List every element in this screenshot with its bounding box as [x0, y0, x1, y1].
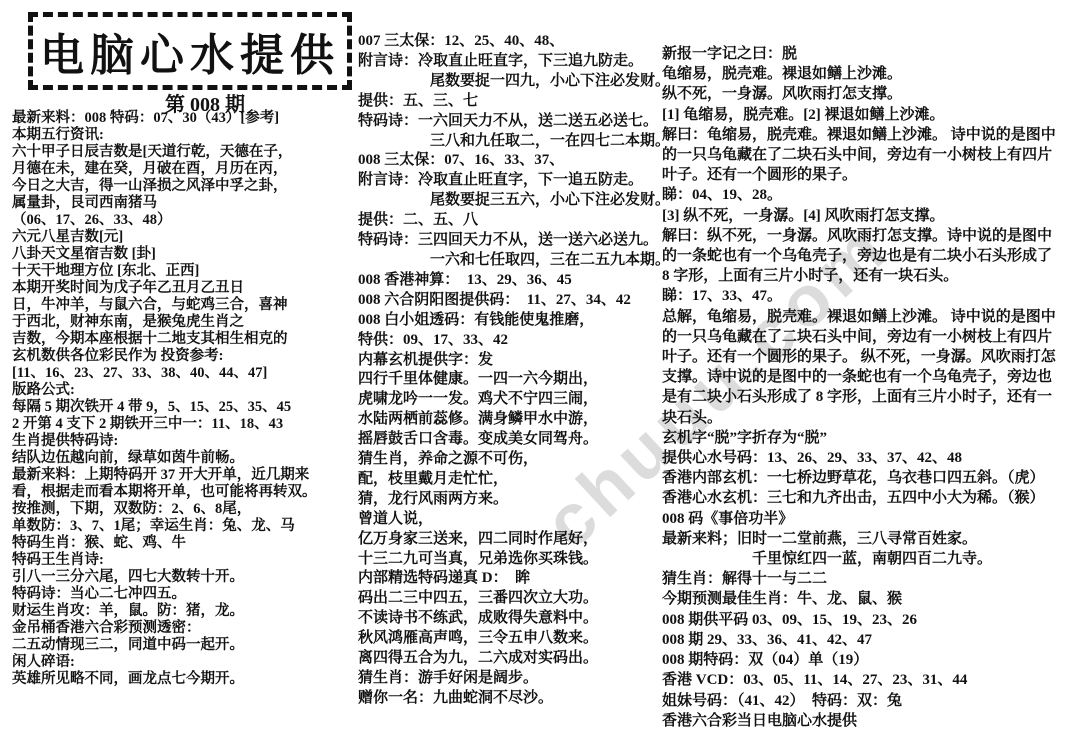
text-line: 的一条蛇也有一个乌龟壳子，旁边也是有二块小石头形成了: [662, 246, 1076, 266]
text-line: [3] 纵不死，一身潺。[4] 风吹雨打怎支撑。: [662, 206, 1076, 226]
text-line: 每隔 5 期次铁开 4 带 9，5、15、25、35、45: [12, 399, 352, 416]
text-line: 解曰：纵不死，一身潺。风吹雨打怎支撑。诗中说的是图中: [662, 226, 1076, 246]
text-line: 英雄所见略不同，画龙点七今期开。: [12, 671, 352, 688]
text-line: 特码诗：一六回天力不从，送二送五必送七。: [358, 112, 658, 132]
text-line: 叶子。还有一个圆形的果子。 纵不死，一身潺。风吹雨打怎: [662, 347, 1076, 367]
text-line: 虎啸龙吟一一发。鸡犬不宁四三闹，: [358, 390, 658, 410]
title-box: 电脑心水提供: [28, 12, 352, 90]
text-line: 香港内部玄机：一七桥边野草花，乌衣巷口四五斜。（虎）: [662, 468, 1076, 488]
text-line: 香港六合彩当日电脑心水提供: [662, 711, 1076, 731]
text-line: 最新来料：008 特码：07、30（43）[参考]: [12, 110, 352, 127]
page: { "header": { "title": "电脑心水提供", "issue"…: [0, 0, 1080, 744]
text-line: 八卦天文星宿吉数 [卦]: [12, 246, 352, 263]
text-line: 是有二块小石头形成了 8 字形，上面有三片小时子，还有一: [662, 387, 1076, 407]
text-line: 金吊桶香港六合彩预测透密：: [12, 620, 352, 637]
text-line: 不读诗书不练武，成败得失意料中。: [358, 609, 658, 629]
text-line: 特供：09、17、33、42: [358, 331, 658, 351]
text-line: 附言诗：冷取直止旺直字，下一追五防走。: [358, 171, 658, 191]
text-line: 姐妹号码：（41、42） 特码：双：兔: [662, 691, 1076, 711]
text-line: 猜生肖：游手好闲是阔步。: [358, 669, 658, 689]
text-line: 的一只乌龟藏在了二块石头中间，旁边有一小树枝上有四片: [662, 327, 1076, 347]
text-line: 亿万身家三送来，四二同时作尾好，: [358, 530, 658, 550]
text-line: 单数防：3、7、1尾；幸运生肖：兔、龙、马: [12, 518, 352, 535]
text-line: 支撑。诗中说的是图中的一条蛇也有一个乌龟壳子，旁边也: [662, 367, 1076, 387]
text-line: 版路公式:: [12, 382, 352, 399]
text-line: 特码生肖：猴、蛇、鸡、牛: [12, 535, 352, 552]
text-line: 配，枝里戴月走忙忙，: [358, 470, 658, 490]
text-line: （06、17、26、33、48）: [12, 212, 352, 229]
text-line: 十天干地理方位 [东北、正西]: [12, 263, 352, 280]
text-line: 提供：五、三、七: [358, 92, 658, 112]
text-line: 新报一字记之曰：脱: [662, 44, 1076, 64]
page-title: 电脑心水提供: [40, 19, 340, 83]
text-line: 今日之大吉，得一山泽损之风泽中孚之卦，: [12, 178, 352, 195]
text-line: 008 白小姐透码：有钱能使鬼推磨，: [358, 311, 658, 331]
text-line: 008 码《事倍功半》: [662, 509, 1076, 529]
text-line: 特码诗：三四回天力不从，送一送六必送九。: [358, 231, 658, 251]
text-line: 008 期特码：双（04）单（19）: [662, 650, 1076, 670]
lottery-tip-sheet: chuuu.com 电脑心水提供 第 008 期 最新来料：008 特码：07、…: [0, 0, 1080, 744]
text-line: 附言诗：冷取直止旺直字，下三追九防走。: [358, 52, 658, 72]
text-line: 香港 VCD：03、05、11、14、27、23、31、44: [662, 670, 1076, 690]
text-line: 尾数要捉一四九，小心下注必发财。: [358, 72, 658, 92]
text-line: 引八一三分六尾，四七大数转十开。: [12, 569, 352, 586]
text-line: 三八和九任取二，一在四七二本期。: [358, 132, 658, 152]
text-line: 属量卦，艮司西南猪马: [12, 195, 352, 212]
text-line: 摇唇鼓舌口含毒。变成美女同驾舟。: [358, 430, 658, 450]
text-line: 六十甲子日辰吉数是[天道行乾，天德在子，: [12, 144, 352, 161]
text-line: [11、16、23、27、33、38、40、44、47]: [12, 365, 352, 382]
text-line: 2 开第 4 支下 2 期铁开三中一：11、18、43: [12, 416, 352, 433]
text-line: 本期五行资讯:: [12, 127, 352, 144]
text-line: 008 六合阴阳图提供码： 11、27、34、42: [358, 291, 658, 311]
text-line: 于西北，财神东南，是猴兔虎生肖之: [12, 314, 352, 331]
text-line: 提供心水号码：13、26、29、33、37、42、48: [662, 448, 1076, 468]
text-line: 特码诗：当心二七冲四五。: [12, 586, 352, 603]
text-line: 尾数要捉三五六，小心下注必发财。: [358, 191, 658, 211]
text-line: 玄机字“脱”字折存为“脱”: [662, 428, 1076, 448]
text-line: 007 三太保：12、25、40、48、: [358, 32, 658, 52]
text-line: 最新来料；旧时一二堂前燕，三八寻常百姓家。: [662, 529, 1076, 549]
text-line: 曾道人说，: [358, 510, 658, 530]
text-line: 吉数，今期本座根据十二地支其相生相克的: [12, 331, 352, 348]
text-line: 二五动情现三二，同道中码一起开。: [12, 637, 352, 654]
text-line: 赠你一名：九曲蛇洞不尽沙。: [358, 689, 658, 709]
text-line: 水陆两栖前蕊修。满身鳞甲水中游，: [358, 410, 658, 430]
text-line: 纵不死，一身潺。风吹雨打怎支撑。: [662, 84, 1076, 104]
text-line: 秋风鸿雁高声鸣，三令五申八数来。: [358, 629, 658, 649]
text-line: 睇：04、19、28。: [662, 185, 1076, 205]
text-line: 本期开奖时间为戊子年乙丑月乙丑日: [12, 280, 352, 297]
text-line: 内幕玄机提供字：发: [358, 351, 658, 371]
text-line: 的一只乌龟藏在了二块石头中间，旁边有一小树枝上有四片: [662, 145, 1076, 165]
text-line: 月德在未，建在癸，月破在酉，月历在丙，: [12, 161, 352, 178]
text-line: 按推测，下期，双数防：2、6、8尾，: [12, 501, 352, 518]
text-line: 离四得五合为九，二六成对实码出。: [358, 649, 658, 669]
text-line: 猜，龙行风雨两方来。: [358, 490, 658, 510]
text-line: 一六和七任取四，三在二五九本期。: [358, 251, 658, 271]
text-line: 008 期供平码 03、09、15、19、23、26: [662, 610, 1076, 630]
text-line: 提供：二、五、八: [358, 211, 658, 231]
text-line: 龟缩易，脱壳难。裸退如鳝上沙滩。: [662, 64, 1076, 84]
middle-column: 007 三太保：12、25、40、48、附言诗：冷取直止旺直字，下三追九防走。尾…: [358, 32, 658, 709]
text-line: 日，牛冲羊，与鼠六合，与蛇鸡三合，喜神: [12, 297, 352, 314]
text-line: 生肖提供特码诗:: [12, 433, 352, 450]
text-line: [1] 龟缩易，脱壳难。[2] 裸退如鳝上沙滩。: [662, 105, 1076, 125]
text-line: 008 三太保：07、16、33、37、: [358, 151, 658, 171]
text-line: 四行千里体健康。一四一六今期出，: [358, 370, 658, 390]
text-line: 8 字形，上面有三片小时子，还有一块石头。: [662, 266, 1076, 286]
text-line: 睇：17、33、47。: [662, 286, 1076, 306]
text-line: 玄机数供各位彩民作为 投资参考:: [12, 348, 352, 365]
text-line: 十三二九可当真，兄弟选你买珠钱。: [358, 550, 658, 570]
text-line: 猜生肖，养命之源不可伤，: [358, 450, 658, 470]
text-line: 008 期 29、33、36、41、42、47: [662, 630, 1076, 650]
text-line: 千里惊红四一蓝，南朝四百二九寺。: [662, 549, 1076, 569]
text-line: 008 香港神算： 13、29、36、45: [358, 271, 658, 291]
text-line: 解曰：龟缩易，脱壳难。裸退如鳝上沙滩。 诗中说的是图中: [662, 125, 1076, 145]
left-column: 最新来料：008 特码：07、30（43）[参考]本期五行资讯:六十甲子日辰吉数…: [12, 110, 352, 688]
text-line: 特码王生肖诗:: [12, 552, 352, 569]
text-line: 内部精选特码递真 D： 眸: [358, 569, 658, 589]
text-line: 财运生肖攻：羊，鼠。防：猪，龙。: [12, 603, 352, 620]
text-line: 最新来料：上期特码开 37 开大开单，近几期来: [12, 467, 352, 484]
text-line: 块石头。: [662, 408, 1076, 428]
text-line: 香港心水玄机：三七和九齐出击，五四中小大为稀。（猴）: [662, 488, 1076, 508]
text-line: 总解，龟缩易，脱壳难。裸退如鳝上沙滩。 诗中说的是图中: [662, 307, 1076, 327]
text-line: 看，根据走而看本期将开单，也可能将再转双。: [12, 484, 352, 501]
text-line: 今期预测最佳生肖：牛、龙、鼠、猴: [662, 589, 1076, 609]
right-column: 新报一字记之曰：脱龟缩易，脱壳难。裸退如鳝上沙滩。纵不死，一身潺。风吹雨打怎支撑…: [662, 44, 1076, 731]
text-line: 闲人碎语:: [12, 654, 352, 671]
text-line: 猜生肖：解得十一与二二: [662, 569, 1076, 589]
text-line: 结队边伍越向前，绿草如茵牛前畅。: [12, 450, 352, 467]
text-line: 码出二三中四五，三番四次立大功。: [358, 589, 658, 609]
text-line: 六元八星吉数[元]: [12, 229, 352, 246]
text-line: 叶子。还有一个圆形的果子。: [662, 165, 1076, 185]
